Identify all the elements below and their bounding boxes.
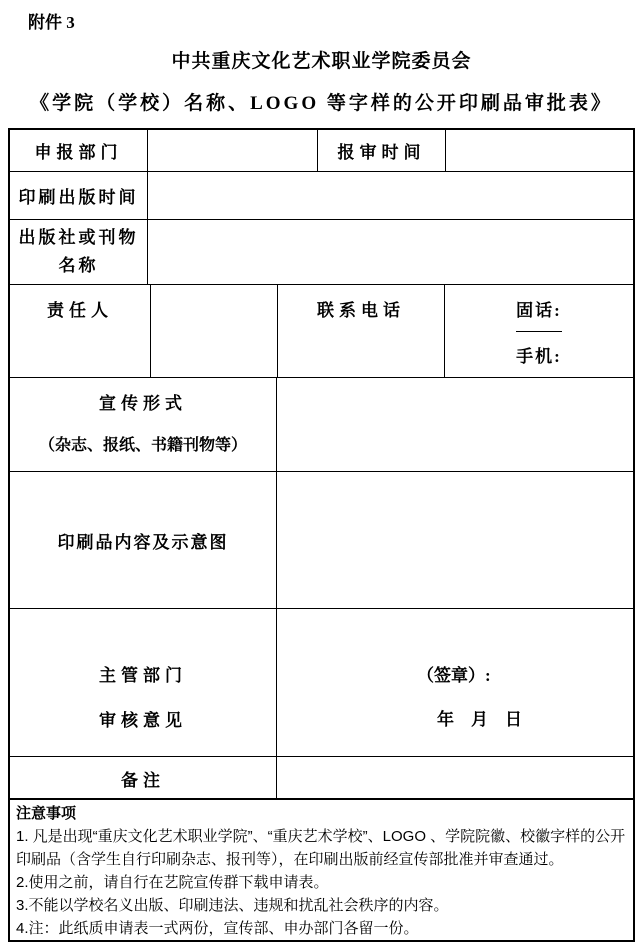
landline-cell: 固话: [516, 285, 562, 332]
content-sketch-label: 印刷品内容及示意图 [10, 472, 277, 608]
contact-phone-label: 联系电话 [278, 285, 445, 377]
date-label: 年 月 日 [437, 698, 522, 742]
seal-label: （签章）: [417, 654, 491, 698]
declare-dept-value-cell [148, 130, 318, 171]
seal-date-cell: （签章）: 年 月 日 [277, 609, 633, 756]
report-time-label: 报审时间 [318, 130, 446, 171]
publicity-form-label-line2: （杂志、报纸、书籍刊物等） [39, 425, 247, 467]
print-publish-time-label: 印刷出版时间 [10, 172, 148, 219]
notes-title: 注意事项 [16, 802, 628, 825]
row-publisher-name: 出版社或刊物 名称 [10, 220, 633, 285]
publicity-form-label-line1: 宣传形式 [99, 383, 187, 425]
content-sketch-value-cell [277, 472, 633, 608]
committee-title: 中共重庆文化艺术职业学院委员会 [0, 46, 643, 73]
supervisor-opinion-label: 主管部门 审核意见 [10, 609, 277, 756]
row-publicity-form: 宣传形式 （杂志、报纸、书籍刊物等） [10, 378, 633, 472]
responsible-value-cell [151, 285, 278, 377]
document-page: 附件 3 中共重庆文化艺术职业学院委员会 《学院（学校）名称、LOGO 等字样的… [0, 0, 643, 950]
declare-dept-label: 申报部门 [10, 130, 148, 171]
publisher-name-label-line2: 名称 [59, 252, 99, 280]
note-item-3: 3.不能以学校名义出版、印刷违法、违规和扰乱社会秩序的内容。 [16, 894, 628, 917]
note-item-4: 4.注：此纸质申请表一式两份，宣传部、申办部门各留一份。 [16, 917, 628, 940]
note-item-1: 1. 凡是出现“重庆文化艺术职业学院”、“重庆艺术学校”、LOGO 、学院院徽、… [16, 825, 628, 871]
attachment-label: 附件 3 [28, 8, 75, 33]
publisher-name-label: 出版社或刊物 名称 [10, 220, 148, 284]
form-title: 《学院（学校）名称、LOGO 等字样的公开印刷品审批表》 [0, 88, 643, 115]
notes-section: 注意事项 1. 凡是出现“重庆文化艺术职业学院”、“重庆艺术学校”、LOGO 、… [8, 800, 635, 942]
supervisor-opinion-label-line1: 主管部门 [99, 653, 187, 698]
publisher-name-value-cell [148, 220, 633, 284]
mobile-cell: 手机: [516, 332, 562, 377]
remarks-value-cell [277, 757, 633, 800]
publisher-name-label-line1: 出版社或刊物 [19, 224, 139, 252]
approval-form-table: 申报部门 报审时间 印刷出版时间 出版社或刊物 名称 责任人 联系电话 固话: [8, 128, 635, 800]
responsible-label: 责任人 [10, 285, 151, 377]
row-remarks: 备注 [10, 757, 633, 800]
row-content-sketch: 印刷品内容及示意图 [10, 472, 633, 609]
phone-cells: 固话: 手机: [445, 285, 633, 377]
remarks-label: 备注 [10, 757, 277, 800]
row-declare-dept: 申报部门 报审时间 [10, 130, 633, 172]
print-publish-time-value-cell [148, 172, 633, 219]
publicity-form-label: 宣传形式 （杂志、报纸、书籍刊物等） [10, 378, 277, 471]
note-item-2: 2.使用之前，请自行在艺院宣传群下载申请表。 [16, 871, 628, 894]
row-responsible-contact: 责任人 联系电话 固话: 手机: [10, 285, 633, 378]
row-supervisor-opinion: 主管部门 审核意见 （签章）: 年 月 日 [10, 609, 633, 757]
supervisor-opinion-label-line2: 审核意见 [99, 698, 187, 743]
publicity-form-value-cell [277, 378, 633, 471]
report-time-value-cell [446, 130, 633, 171]
row-print-publish-time: 印刷出版时间 [10, 172, 633, 220]
